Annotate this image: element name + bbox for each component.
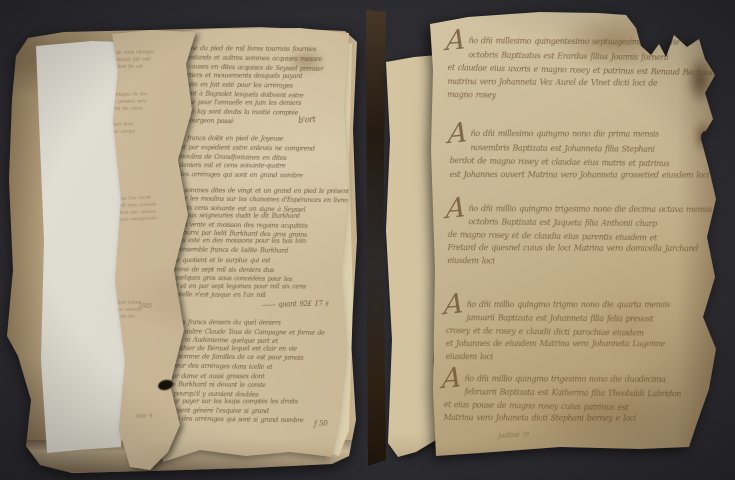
handwriting-line: ño dñi millio quingmo trigmo nono die qu… <box>446 298 665 311</box>
handwriting-block: justine ⁊⁊ <box>498 430 529 440</box>
archival-photo: somme du pied de mil livres tournois fou… <box>0 0 735 480</box>
right-page-text: Año dñi millesimo quingentesimo septuage… <box>0 0 735 480</box>
handwriting-line: Fretard de quesnel cuius de loci Matrina… <box>447 241 698 255</box>
handwriting-line: justine ⁊⁊ <box>498 430 529 440</box>
handwriting-line: est Johannes ouvert Matrina vero Johanne… <box>450 167 709 181</box>
handwriting-block: Año dñi millio quingmo trigesimo nono di… <box>447 202 698 270</box>
handwriting-line: ño dñi millio quingmo trigesimo nono die… <box>448 202 699 216</box>
handwriting-line: Matrina vero Johaneta dicti Stephani ber… <box>443 411 660 425</box>
handwriting-line: eiusdem loci <box>447 254 698 270</box>
right-page-written-leaf: Año dñi millesimo quingentesimo septuage… <box>0 0 735 480</box>
handwriting-line: magno rosey <box>447 88 715 105</box>
handwriting-line: et Johannes de eiusdem Matrina vero Joha… <box>446 337 665 350</box>
right-page-wrap: Año dñi millesimo quingentesimo septuage… <box>0 0 735 480</box>
handwriting-line: januarii Baptizata est Johanneta filia f… <box>446 311 665 326</box>
handwriting-block: Año dñi millio quingmo trigesimo nono di… <box>443 372 660 426</box>
handwriting-block: Año dñi millesimo quingmo nono die prima… <box>450 127 710 183</box>
handwriting-block: Año dñi millesimo quingentesimo septuage… <box>447 34 716 105</box>
handwriting-block: Año dñi millio quingmo trigmo nono die q… <box>446 298 666 365</box>
handwriting-line: ño dñi millio quingmo trigesimo nono die… <box>444 372 661 386</box>
handwriting-line: eiusdem loci <box>446 350 665 365</box>
handwriting-line: ño dñi millesimo quingmo nono die prima … <box>450 127 709 141</box>
